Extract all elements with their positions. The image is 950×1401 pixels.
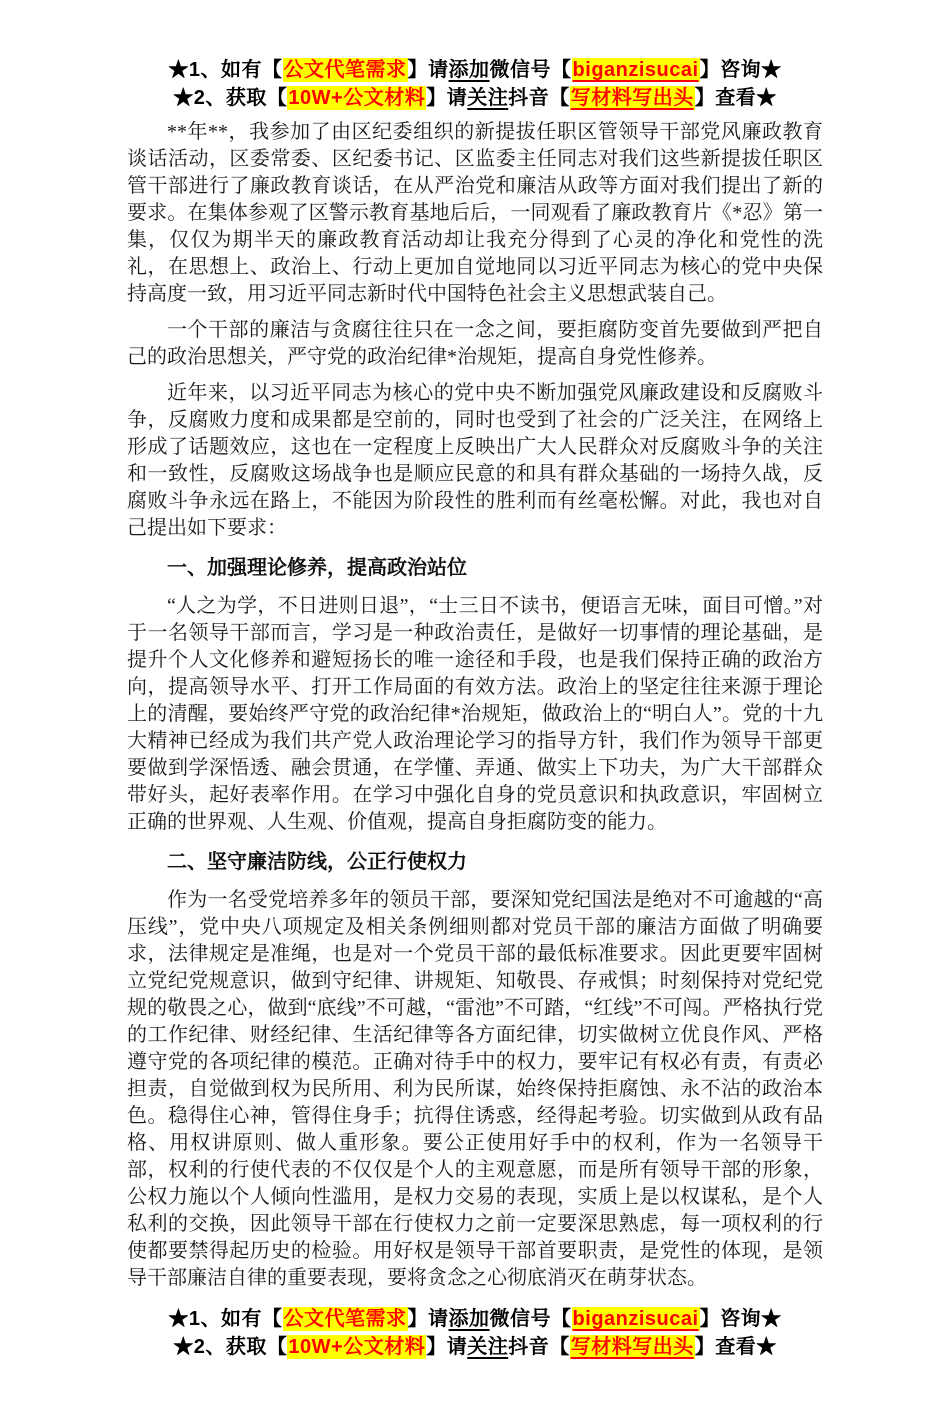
paragraph-integrity: 一个干部的廉洁与贪腐往往只在一念之间，要拒腐防变首先要做到严把自己的政治思想关，… — [127, 317, 823, 371]
notice-text: ★2、获取【 — [173, 87, 287, 109]
paragraph-recent-years: 近年来，以习近平同志为核心的党中央不断加强党风廉政建设和反腐败斗争，反腐败力度和… — [127, 380, 823, 542]
notice-text: 】咨询★ — [700, 1308, 782, 1330]
notice-text: 】请 — [408, 59, 449, 81]
underlined-action: 关注 — [467, 1336, 508, 1358]
notice-top-line-1: ★1、如有【公文代笔需求】请添加微信号【biganzisucai】咨询★ — [127, 56, 823, 84]
underlined-action: 添加 — [449, 1308, 490, 1330]
notice-text: 】查看★ — [695, 87, 777, 109]
notice-bottom: ★1、如有【公文代笔需求】请添加微信号【biganzisucai】咨询★ ★2、… — [127, 1305, 823, 1361]
section-heading-2: 二、坚守廉洁防线，公正行使权力 — [127, 849, 823, 876]
notice-text: 微信号【 — [490, 1308, 572, 1330]
highlighted-keyword: 公文代笔需求 — [283, 58, 408, 82]
notice-text: 】咨询★ — [700, 59, 782, 81]
douyin-handle: 写材料写出头 — [570, 1335, 695, 1359]
paragraph-theory: “人之为学，不日进则日退”，“士三日不读书，便语言无味，面目可憎。”对于一名领导… — [127, 593, 823, 836]
notice-text: 】请 — [426, 87, 467, 109]
section-heading-1: 一、加强理论修养，提高政治站位 — [127, 555, 823, 582]
wechat-id: biganzisucai — [572, 1307, 700, 1331]
notice-text: 微信号【 — [490, 59, 572, 81]
paragraph-intro: **年**，我参加了由区纪委组织的新提拔任职区管领导干部党风廉政教育谈话活动，区… — [127, 119, 823, 308]
document-page: ★1、如有【公文代笔需求】请添加微信号【biganzisucai】咨询★ ★2、… — [0, 0, 950, 1401]
notice-top: ★1、如有【公文代笔需求】请添加微信号【biganzisucai】咨询★ ★2、… — [127, 56, 823, 112]
notice-text: 】请 — [426, 1336, 467, 1358]
notice-bottom-line-2: ★2、获取【10W+公文材料】请关注抖音【写材料写出头】查看★ — [127, 1333, 823, 1361]
notice-text: 抖音【 — [508, 1336, 570, 1358]
notice-top-line-2: ★2、获取【10W+公文材料】请关注抖音【写材料写出头】查看★ — [127, 84, 823, 112]
notice-bottom-line-1: ★1、如有【公文代笔需求】请添加微信号【biganzisucai】咨询★ — [127, 1305, 823, 1333]
underlined-action: 添加 — [449, 59, 490, 81]
notice-text: ★2、获取【 — [173, 1336, 287, 1358]
notice-text: 】请 — [408, 1308, 449, 1330]
notice-text: ★1、如有【 — [168, 1308, 282, 1330]
wechat-id: biganzisucai — [572, 58, 700, 82]
notice-text: 】查看★ — [695, 1336, 777, 1358]
notice-text: ★1、如有【 — [168, 59, 282, 81]
highlighted-keyword: 公文代笔需求 — [283, 1307, 408, 1331]
document-body: **年**，我参加了由区纪委组织的新提拔任职区管领导干部党风廉政教育谈话活动，区… — [127, 119, 823, 1292]
douyin-handle: 写材料写出头 — [570, 86, 695, 110]
notice-text: 抖音【 — [508, 87, 570, 109]
paragraph-discipline: 作为一名受党培养多年的领员干部，要深知党纪国法是绝对不可逾越的“高压线”，党中央… — [127, 887, 823, 1292]
highlighted-keyword: 10W+公文材料 — [287, 1335, 426, 1359]
underlined-action: 关注 — [467, 87, 508, 109]
highlighted-keyword: 10W+公文材料 — [287, 86, 426, 110]
